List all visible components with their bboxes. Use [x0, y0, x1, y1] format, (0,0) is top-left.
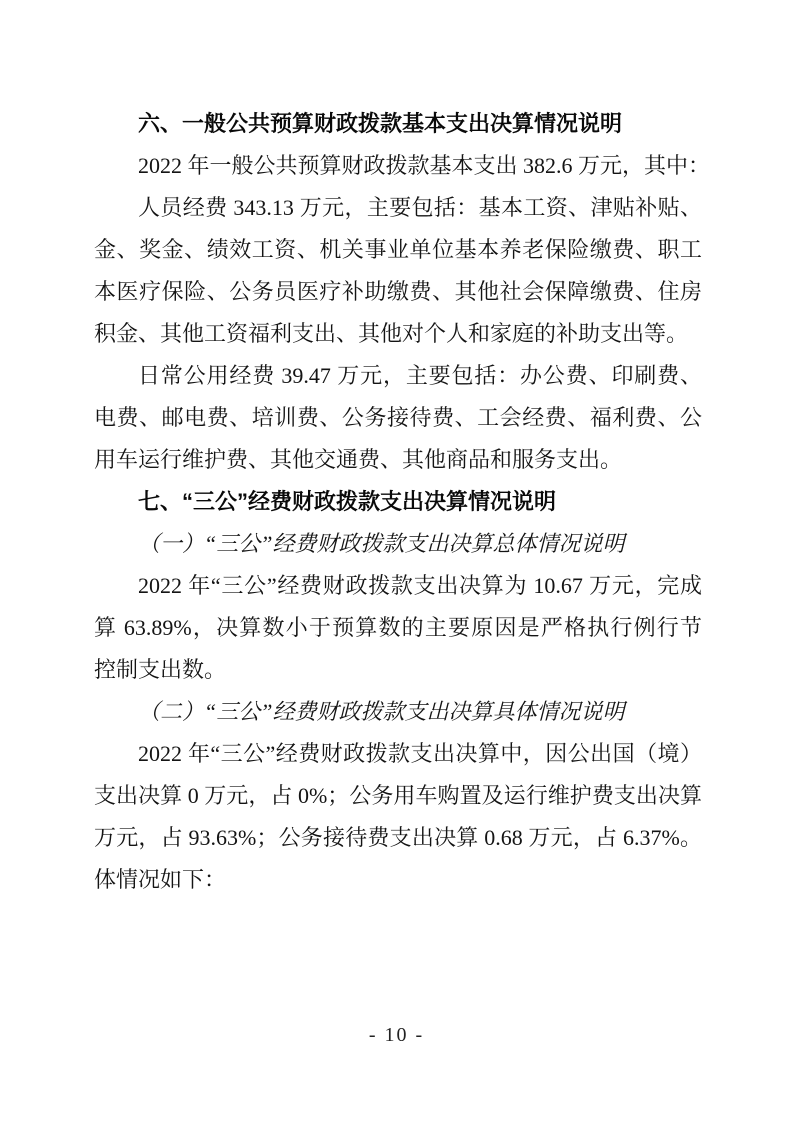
document-page: 六、一般公共预算财政拨款基本支出决算情况说明 2022 年一般公共预算财政拨款基… — [0, 0, 793, 1122]
subheading-specific-situation: （二）“三公”经费财政拨款支出决算具体情况说明 — [94, 691, 702, 733]
paragraph-sangong-detail-line-3: 万元，占 93.63%；公务接待费支出决算 0.68 万元，占 6.37%。具 — [94, 817, 702, 859]
page-number: - 10 - — [0, 1020, 793, 1050]
paragraph-sangong-detail-line-4: 体情况如下： — [94, 859, 702, 901]
document-body: 六、一般公共预算财政拨款基本支出决算情况说明 2022 年一般公共预算财政拨款基… — [94, 103, 702, 901]
paragraph-personnel-funds-line-2: 金、奖金、绩效工资、机关事业单位基本养老保险缴费、职工基 — [94, 229, 702, 271]
paragraph-personnel-funds-line-3: 本医疗保险、公务员医疗补助缴费、其他社会保障缴费、住房公 — [94, 271, 702, 313]
paragraph-sangong-detail-line-2: 支出决算 0 万元，占 0%；公务用车购置及运行维护费支出决算 9.99 — [94, 775, 702, 817]
section-heading-6: 六、一般公共预算财政拨款基本支出决算情况说明 — [94, 103, 702, 145]
paragraph-basic-expenditure-total: 2022 年一般公共预算财政拨款基本支出 382.6 万元，其中： — [94, 145, 702, 187]
paragraph-sangong-detail-line-1: 2022 年“三公”经费财政拨款支出决算中，因公出国（境）费 — [94, 733, 702, 775]
paragraph-daily-public-funds-line-2: 电费、邮电费、培训费、公务接待费、工会经费、福利费、公务 — [94, 397, 702, 439]
paragraph-sangong-overall-line-3: 控制支出数。 — [94, 649, 702, 691]
section-heading-7: 七、“三公”经费财政拨款支出决算情况说明 — [94, 481, 702, 523]
paragraph-daily-public-funds-line-3: 用车运行维护费、其他交通费、其他商品和服务支出。 — [94, 439, 702, 481]
subheading-overall-situation: （一）“三公”经费财政拨款支出决算总体情况说明 — [94, 523, 702, 565]
paragraph-personnel-funds-line-1: 人员经费 343.13 万元，主要包括：基本工资、津贴补贴、奖 — [94, 187, 702, 229]
paragraph-daily-public-funds-line-1: 日常公用经费 39.47 万元，主要包括：办公费、印刷费、水费、 — [94, 355, 702, 397]
paragraph-personnel-funds-line-4: 积金、其他工资福利支出、其他对个人和家庭的补助支出等。 — [94, 313, 702, 355]
paragraph-sangong-overall-line-1: 2022 年“三公”经费财政拨款支出决算为 10.67 万元，完成预 — [94, 565, 702, 607]
paragraph-sangong-overall-line-2: 算 63.89%，决算数小于预算数的主要原因是严格执行例行节约， — [94, 607, 702, 649]
